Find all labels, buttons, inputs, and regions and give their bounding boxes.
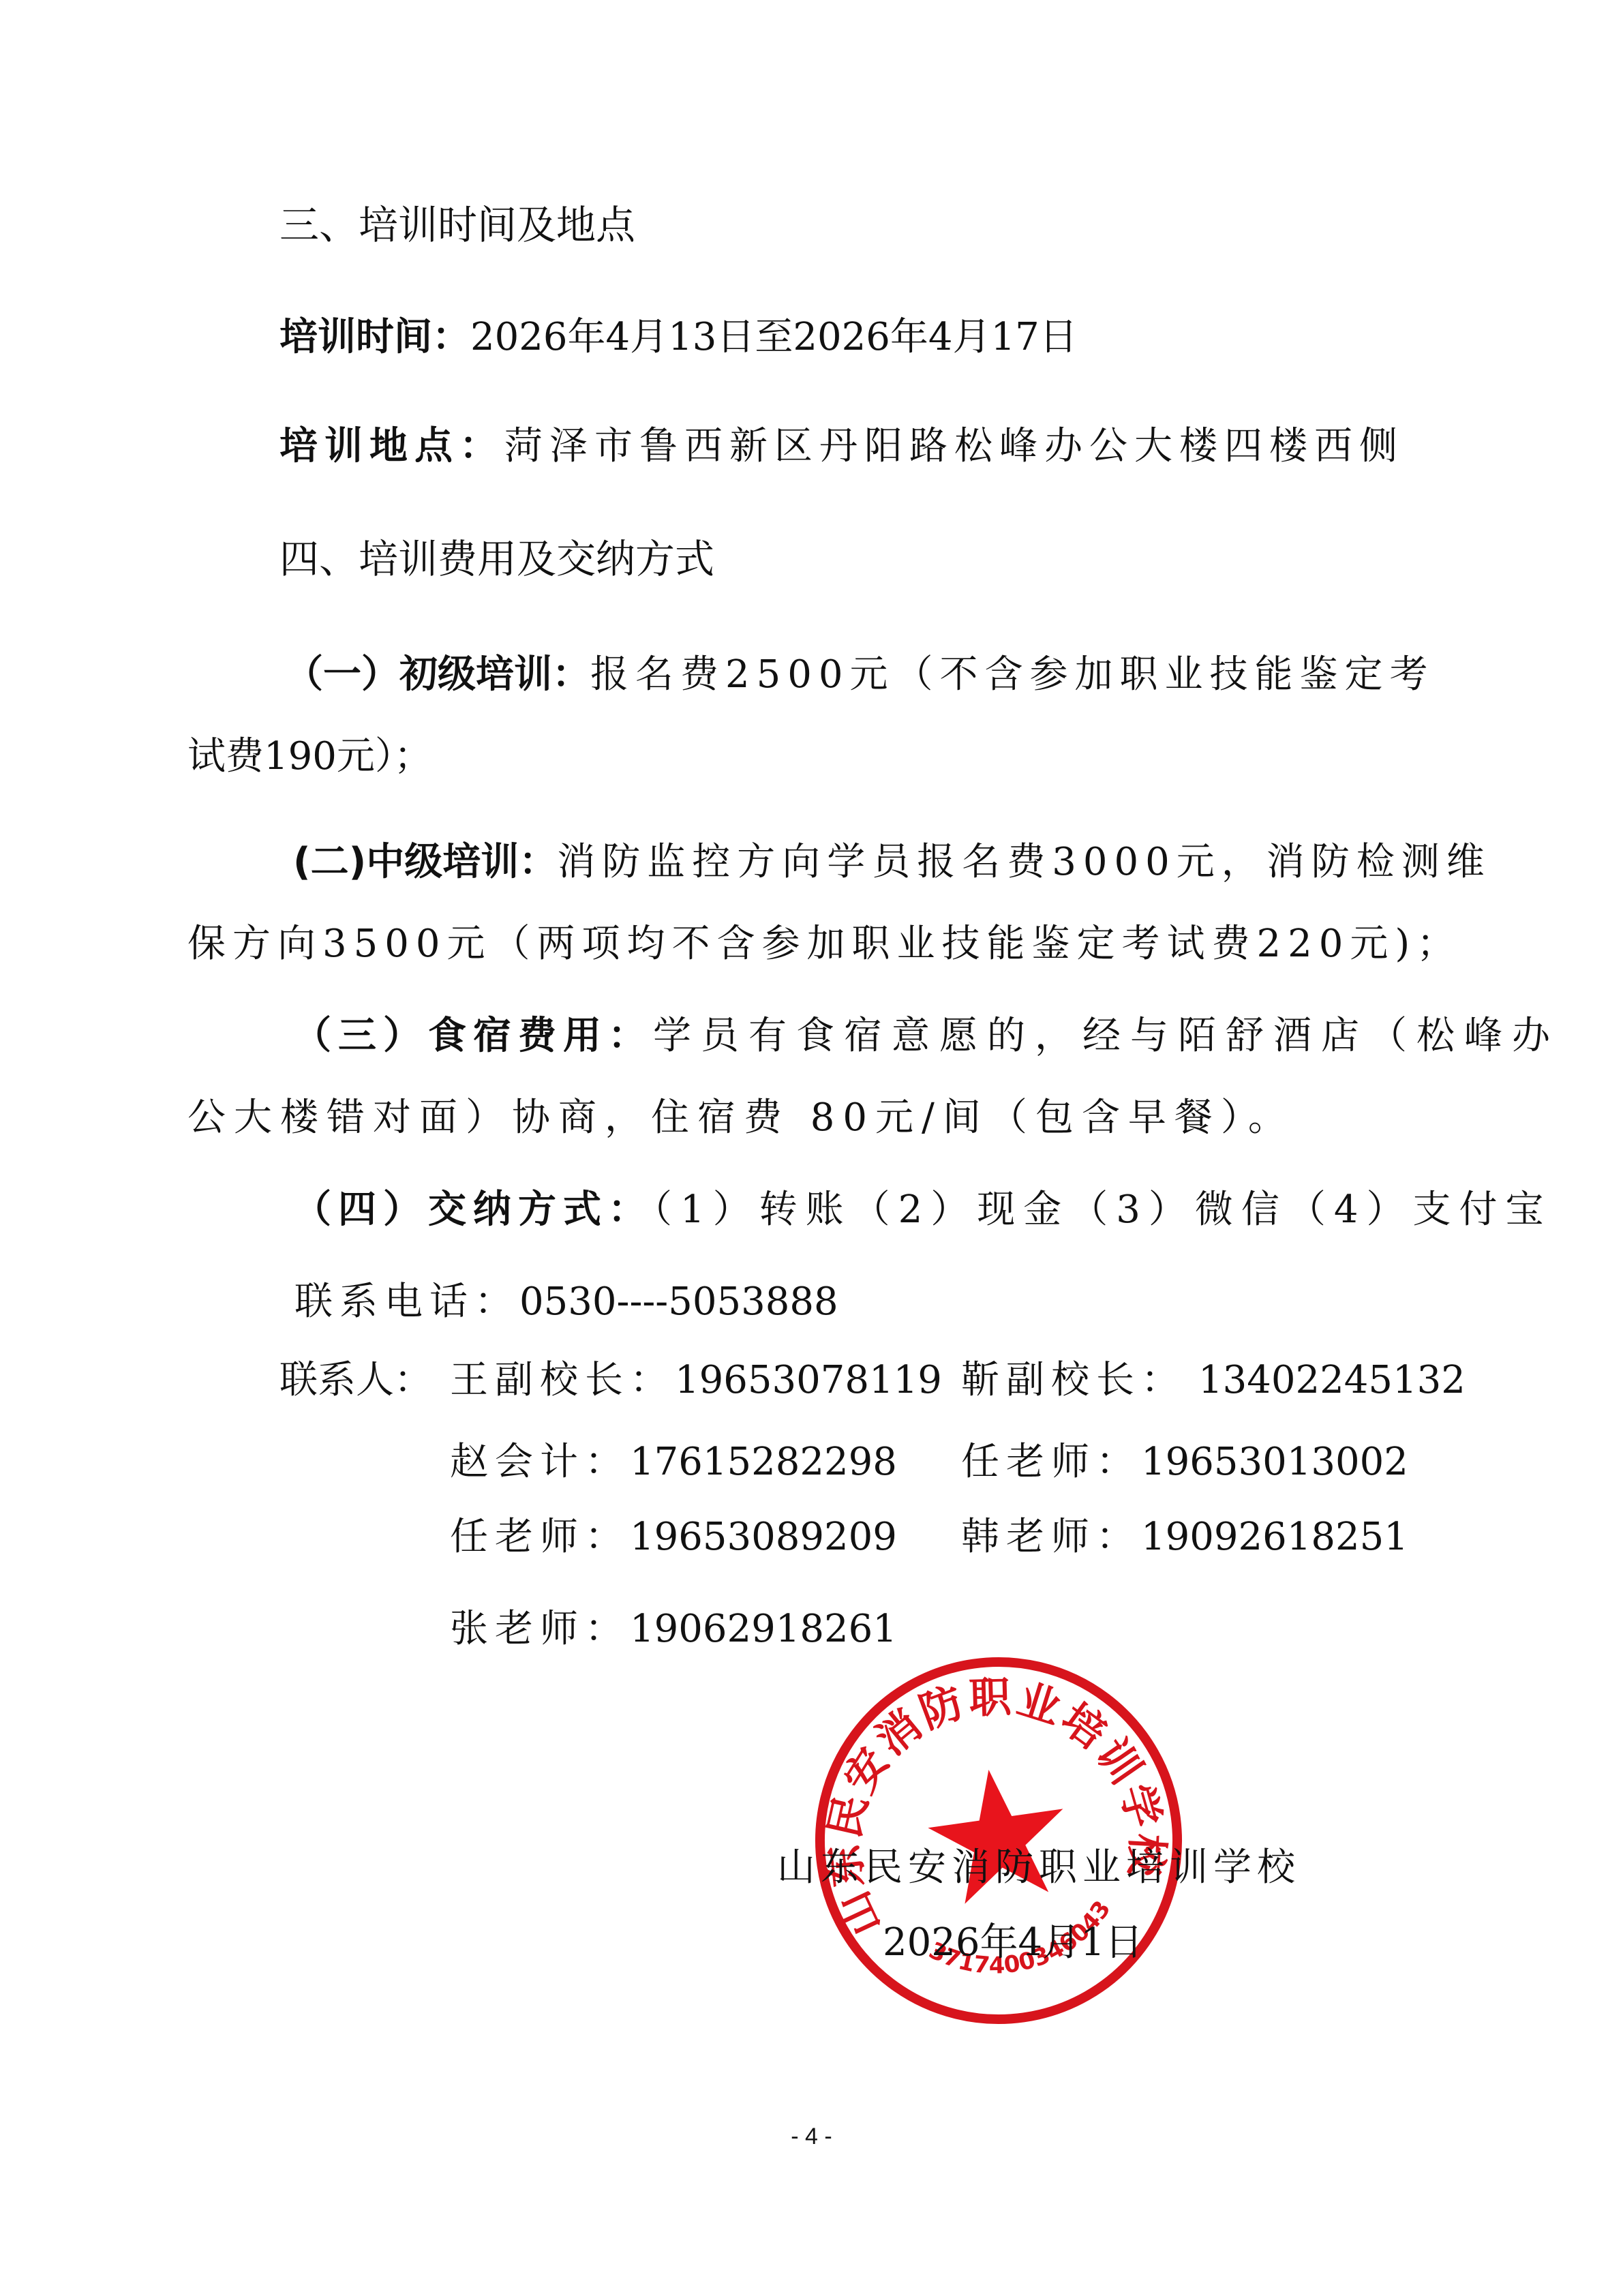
contact-person-name: 王副校长： bbox=[450, 1358, 675, 1402]
training-time-label: 培训时间： bbox=[279, 315, 470, 359]
fee-item-label: （三）食宿费用： bbox=[293, 1014, 653, 1058]
fee-item-primary: （一）初级培训：报名费2500元（不含参加职业技能鉴定考 bbox=[285, 651, 1435, 699]
contact-person: 任老师：19653089209 bbox=[450, 1513, 897, 1561]
contact-person-phone: 19062918261 bbox=[630, 1607, 897, 1651]
contact-person-phone: 19653078119 bbox=[675, 1358, 942, 1402]
contact-person: 赵会计：17615282298 bbox=[450, 1438, 897, 1486]
contact-person: 王副校长：19653078119 bbox=[450, 1357, 942, 1404]
contact-persons-label: 联系人： bbox=[279, 1357, 432, 1404]
fee-item-text: 报名费2500元（不含参加职业技能鉴定考 bbox=[590, 652, 1435, 697]
contact-person: 韩老师：19092618251 bbox=[961, 1513, 1408, 1561]
contact-person: 张老师：19062918261 bbox=[450, 1605, 897, 1653]
contact-person-phone: 19092618251 bbox=[1141, 1515, 1408, 1559]
training-place-line: 培训地点：菏泽市鲁西新区丹阳路松峰办公大楼四楼西侧 bbox=[279, 423, 1404, 470]
fee-item-text: （1）转账（2）现金（3）微信（4）支付宝 bbox=[653, 1188, 1552, 1232]
contact-phone-label: 联系电话： bbox=[294, 1280, 519, 1324]
training-place-value: 菏泽市鲁西新区丹阳路松峰办公大楼四楼西侧 bbox=[504, 424, 1404, 468]
section-heading-fees: 四、培训费用及交纳方式 bbox=[279, 535, 714, 583]
contact-person: 任老师：19653013002 bbox=[961, 1438, 1408, 1486]
contact-person-name: 靳副校长： bbox=[961, 1358, 1186, 1402]
fee-item-lodging: （三）食宿费用：学员有食宿意愿的，经与陌舒酒店（松峰办 bbox=[293, 1012, 1560, 1060]
contact-person: 靳副校长：13402245132 bbox=[961, 1357, 1466, 1404]
contact-person-name: 任老师： bbox=[450, 1515, 630, 1559]
fee-item-label: （四）交纳方式： bbox=[293, 1188, 653, 1232]
signature-org: 山东民安消防职业培训学校 bbox=[777, 1837, 1301, 1892]
contact-person-name: 张老师： bbox=[450, 1607, 630, 1651]
fee-item-text: 消防监控方向学员报名费3000元，消防检测维 bbox=[557, 840, 1491, 884]
fee-item-primary-cont: 试费190元）； bbox=[187, 733, 432, 781]
training-place-label: 培训地点： bbox=[279, 424, 504, 468]
contact-person-name: 赵会计： bbox=[450, 1440, 630, 1484]
contact-person-phone: 13402245132 bbox=[1198, 1358, 1466, 1402]
contact-person-name: 任老师： bbox=[961, 1440, 1141, 1484]
fee-item-label: (二)中级培训： bbox=[293, 840, 557, 884]
section-heading-training-time-place: 三、培训时间及地点 bbox=[279, 201, 635, 249]
fee-item-intermediate-cont: 保方向3500元（两项均不含参加职业技能鉴定考试费220元)； bbox=[187, 920, 1461, 968]
contact-phone-line: 联系电话：0530----5053888 bbox=[294, 1278, 838, 1326]
contact-person-phone: 19653089209 bbox=[630, 1515, 897, 1559]
fee-item-lodging-cont: 公大楼错对面）协商，住宿费 80元/间（包含早餐）。 bbox=[187, 1094, 1294, 1142]
fee-item-label: （一）初级培训： bbox=[285, 652, 590, 697]
contact-person-name: 韩老师： bbox=[961, 1515, 1141, 1559]
fee-item-intermediate: (二)中级培训：消防监控方向学员报名费3000元，消防检测维 bbox=[293, 839, 1491, 886]
contact-phone-value: 0530----5053888 bbox=[519, 1280, 838, 1324]
fee-item-text: 学员有食宿意愿的，经与陌舒酒店（松峰办 bbox=[653, 1014, 1560, 1058]
contact-person-phone: 17615282298 bbox=[630, 1440, 897, 1484]
page-number: - 4 - bbox=[0, 2124, 1623, 2150]
fee-item-payment: （四）交纳方式：（1）转账（2）现金（3）微信（4）支付宝 bbox=[293, 1186, 1552, 1234]
training-time-line: 培训时间：2026年4月13日至2026年4月17日 bbox=[279, 314, 1078, 361]
training-time-value: 2026年4月13日至2026年4月17日 bbox=[470, 315, 1078, 359]
contact-person-phone: 19653013002 bbox=[1141, 1440, 1408, 1484]
signature-date: 2026年4月1日 bbox=[883, 1912, 1143, 1967]
